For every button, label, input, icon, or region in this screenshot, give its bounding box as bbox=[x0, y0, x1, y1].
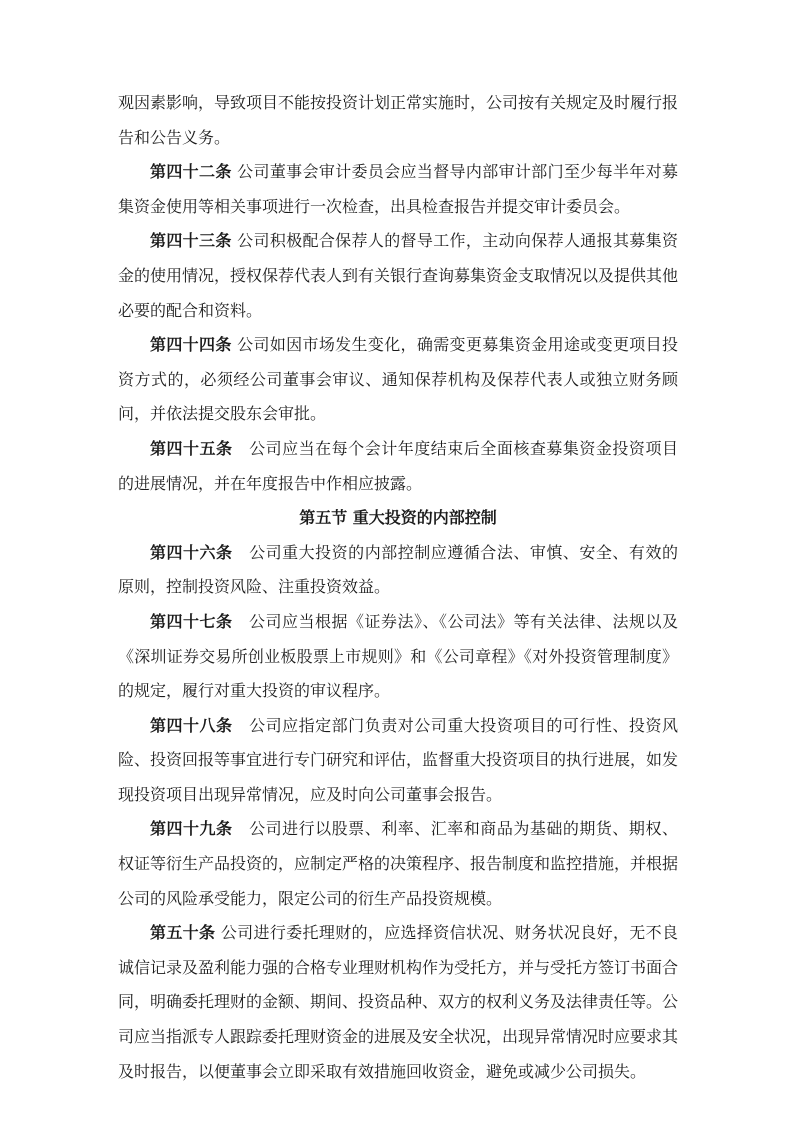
article-number: 第四十九条 bbox=[150, 819, 233, 838]
article-number: 第四十四条 bbox=[150, 335, 232, 354]
article-text: 公司进行委托理财的，应选择资信状况、财务状况良好，无不良诚信记录及盈利能力强的合… bbox=[118, 923, 678, 1080]
article-47: 第四十七条 公司应当根据《证券法》、《公司法》等有关法律、法规以及《深圳证券交易… bbox=[118, 605, 678, 709]
article-43: 第四十三条 公司积极配合保荐人的督导工作，主动向保荐人通报其募集资金的使用情况，… bbox=[118, 224, 678, 328]
article-44: 第四十四条 公司如因市场发生变化，确需变更募集资金用途或变更项目投资方式的，必须… bbox=[118, 328, 678, 432]
section-title: 第五节 重大投资的内部控制 bbox=[118, 501, 678, 536]
article-45: 第四十五条 公司应当在每个会计年度结束后全面核查募集资金投资项目的进展情况，并在… bbox=[118, 432, 678, 501]
article-number: 第四十六条 bbox=[150, 543, 233, 562]
article-49: 第四十九条 公司进行以股票、利率、汇率和商品为基础的期货、期权、权证等衍生产品投… bbox=[118, 812, 678, 916]
article-number: 第四十七条 bbox=[150, 612, 233, 631]
article-number: 第四十三条 bbox=[150, 231, 232, 250]
article-number: 第五十条 bbox=[150, 923, 215, 942]
article-42: 第四十二条 公司董事会审计委员会应当督导内部审计部门至少每半年对募集资金使用等相… bbox=[118, 155, 678, 224]
continuation-paragraph: 观因素影响，导致项目不能按投资计划正常实施时，公司按有关规定及时履行报告和公告义… bbox=[118, 86, 678, 155]
article-number: 第四十五条 bbox=[150, 439, 233, 458]
article-number: 第四十八条 bbox=[150, 716, 233, 735]
article-46: 第四十六条 公司重大投资的内部控制应遵循合法、审慎、安全、有效的原则，控制投资风… bbox=[118, 536, 678, 605]
article-50: 第五十条 公司进行委托理财的，应选择资信状况、财务状况良好，无不良诚信记录及盈利… bbox=[118, 916, 678, 1089]
article-48: 第四十八条 公司应指定部门负责对公司重大投资项目的可行性、投资风险、投资回报等事… bbox=[118, 709, 678, 813]
article-number: 第四十二条 bbox=[150, 162, 232, 181]
document-page: 观因素影响，导致项目不能按投资计划正常实施时，公司按有关规定及时履行报告和公告义… bbox=[118, 86, 678, 1089]
